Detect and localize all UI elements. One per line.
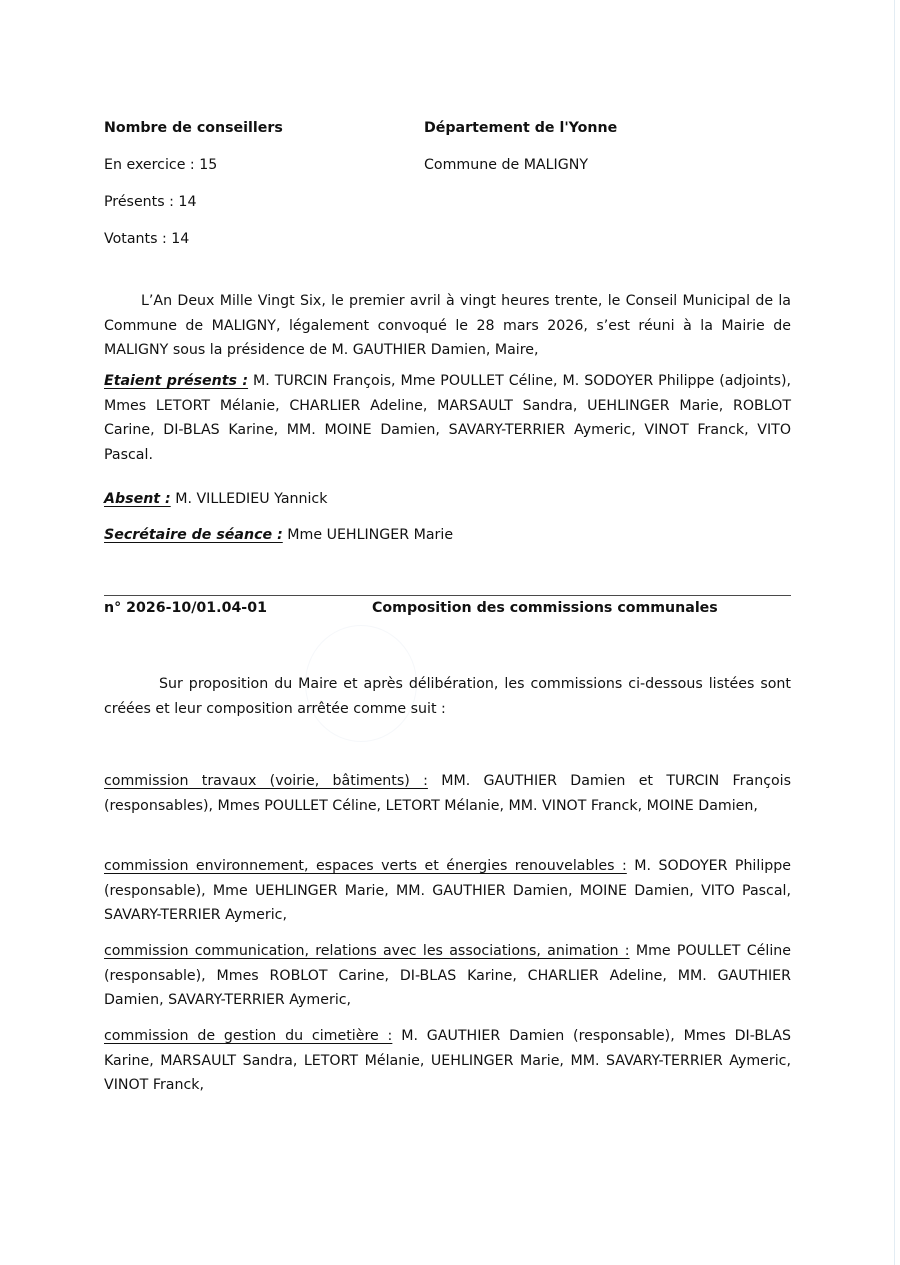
- present-label: Etaient présents :: [104, 373, 248, 389]
- absent-paragraph: Absent : M. VILLEDIEU Yannick: [104, 487, 791, 512]
- commission-label: commission environnement, espaces verts …: [104, 858, 627, 874]
- deliberation-intro-block: Sur proposition du Maire et après délibé…: [104, 672, 791, 721]
- secretary-name: Mme UEHLINGER Marie: [283, 527, 453, 543]
- council-count-title: Nombre de conseillers: [104, 110, 404, 147]
- secretary-block: Secrétaire de séance : Mme UEHLINGER Mar…: [104, 523, 791, 548]
- secretary-paragraph: Secrétaire de séance : Mme UEHLINGER Mar…: [104, 523, 791, 548]
- deliberation-intro: Sur proposition du Maire et après délibé…: [104, 672, 791, 721]
- absent-block: Absent : M. VILLEDIEU Yannick: [104, 487, 791, 512]
- commission-paragraph: commission environnement, espaces verts …: [104, 854, 791, 928]
- municipality-block: Département de l'Yonne Commune de MALIGN…: [424, 110, 824, 184]
- absent-label: Absent :: [104, 491, 171, 507]
- commission-paragraph: commission de gestion du cimetière : M. …: [104, 1024, 791, 1098]
- commission-paragraph: commission travaux (voirie, bâtiments) :…: [104, 769, 791, 818]
- present-count: Présents : 14: [104, 184, 404, 221]
- absent-list: M. VILLEDIEU Yannick: [171, 491, 328, 507]
- commission-label: commission travaux (voirie, bâtiments) :: [104, 773, 428, 789]
- section-divider: [104, 595, 791, 596]
- commission-label: commission communication, relations avec…: [104, 943, 630, 959]
- commune-name: Commune de MALIGNY: [424, 147, 824, 184]
- commission-item: commission environnement, espaces verts …: [104, 854, 791, 928]
- commission-paragraph: commission communication, relations avec…: [104, 939, 791, 1013]
- commission-label: commission de gestion du cimetière :: [104, 1028, 392, 1044]
- commission-item: commission de gestion du cimetière : M. …: [104, 1024, 791, 1098]
- deliberation-title: Composition des commissions communales: [372, 600, 718, 616]
- secretary-label: Secrétaire de séance :: [104, 527, 283, 543]
- commission-item: commission travaux (voirie, bâtiments) :…: [104, 769, 791, 818]
- council-count-block: Nombre de conseillers En exercice : 15 P…: [104, 110, 404, 258]
- deliberation-number: n° 2026-10/01.04-01: [104, 600, 267, 616]
- present-paragraph: Etaient présents : M. TURCIN François, M…: [104, 369, 791, 467]
- department-name: Département de l'Yonne: [424, 110, 824, 147]
- voters-count: Votants : 14: [104, 221, 404, 258]
- present-block: Etaient présents : M. TURCIN François, M…: [104, 369, 791, 467]
- commission-item: commission communication, relations avec…: [104, 939, 791, 1013]
- page-edge: [894, 0, 895, 1265]
- preamble-block: L’An Deux Mille Vingt Six, le premier av…: [104, 289, 791, 363]
- in-office-count: En exercice : 15: [104, 147, 404, 184]
- preamble-text: L’An Deux Mille Vingt Six, le premier av…: [104, 289, 791, 363]
